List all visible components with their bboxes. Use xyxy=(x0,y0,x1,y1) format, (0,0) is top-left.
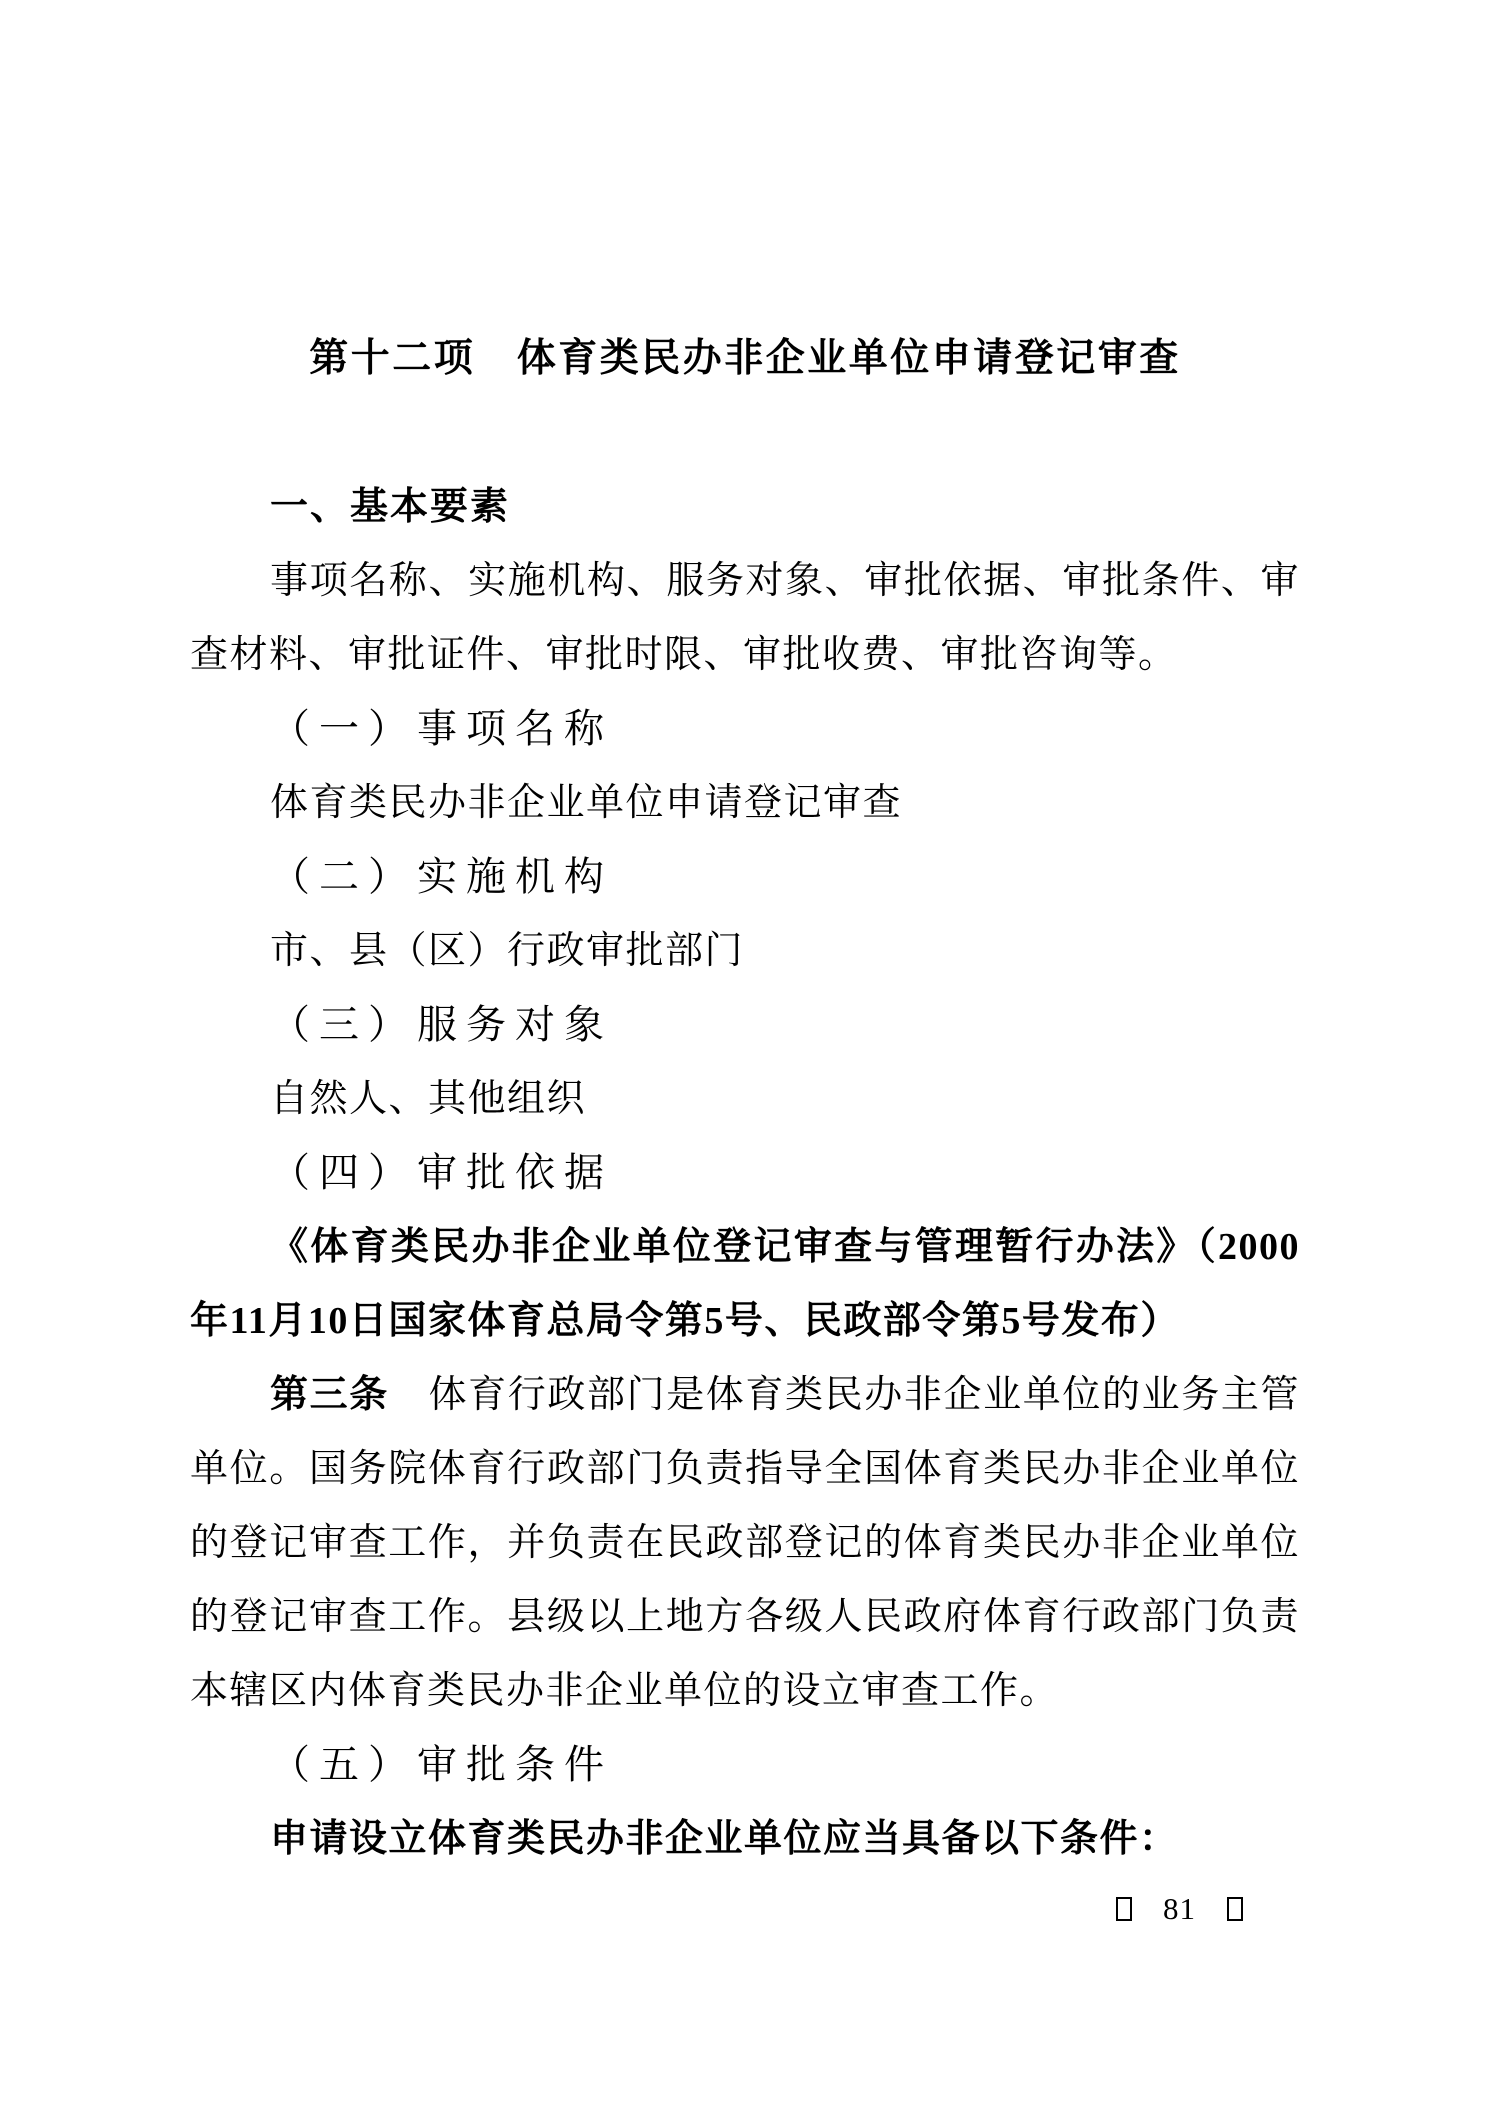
blank-line xyxy=(190,396,1300,470)
text-run: 体育行政部门是体育类民办非企业单位的业务主管 xyxy=(389,1374,1300,1416)
text-run: （二）实施机构 xyxy=(270,854,613,899)
subsection-heading-service-target: （三）服务对象 xyxy=(190,988,1300,1062)
body-line: 第三条 体育行政部门是体育类民办非企业单位的业务主管 xyxy=(190,1358,1300,1432)
text-run: 事项名称、实施机构、服务对象、审批依据、审批条件、审 xyxy=(270,560,1300,602)
body-line: 事项名称、实施机构、服务对象、审批依据、审批条件、审 xyxy=(190,544,1300,618)
text-run: 的登记审查工作。县级以上地方各级人民政府体育行政部门负责 xyxy=(190,1596,1300,1638)
text-run: 《体育类民办非企业单位登记审查与管理暂行办法》（2000 xyxy=(270,1226,1300,1268)
body-line: 市、县（区）行政审批部门 xyxy=(190,914,1300,988)
text-run: 市、县（区）行政审批部门 xyxy=(270,930,744,972)
text-run: 的登记审查工作，并负责在民政部登记的体育类民办非企业单位 xyxy=(190,1522,1300,1564)
text-run: 申请设立体育类民办非企业单位应当具备以下条件： xyxy=(270,1818,1179,1860)
text-run: 年11月10日国家体育总局令第5号、民政部令第5号发布） xyxy=(190,1300,1180,1342)
text-run: （四）审批依据 xyxy=(270,1150,613,1195)
text-run: （五）审批条件 xyxy=(270,1742,613,1787)
subsection-heading-approval-basis: （四）审批依据 xyxy=(190,1136,1300,1210)
page-number: 81 xyxy=(1163,1893,1196,1925)
body-line: 单位。国务院体育行政部门负责指导全国体育类民办非企业单位 xyxy=(190,1432,1300,1506)
body-line: 年11月10日国家体育总局令第5号、民政部令第5号发布） xyxy=(190,1284,1300,1358)
document-content: 第十二项 体育类民办非企业单位申请登记审查一、基本要素事项名称、实施机构、服务对… xyxy=(190,322,1300,1876)
body-line: 体育类民办非企业单位申请登记审查 xyxy=(190,766,1300,840)
body-line: 的登记审查工作，并负责在民政部登记的体育类民办非企业单位 xyxy=(190,1506,1300,1580)
document-title: 第十二项 体育类民办非企业单位申请登记审查 xyxy=(190,322,1300,396)
text-run: 一、基本要素 xyxy=(270,486,510,528)
subsection-heading-implementing-agency: （二）实施机构 xyxy=(190,840,1300,914)
text-run: 查材料、审批证件、审批时限、审批收费、审批咨询等。 xyxy=(190,634,1178,676)
body-line: 申请设立体育类民办非企业单位应当具备以下条件： xyxy=(190,1802,1300,1876)
section-heading-basic-elements: 一、基本要素 xyxy=(190,470,1300,544)
document-page: 第十二项 体育类民办非企业单位申请登记审查一、基本要素事项名称、实施机构、服务对… xyxy=(0,0,1487,2105)
missing-glyph-box xyxy=(1116,1897,1132,1921)
subsection-heading-approval-conditions: （五）审批条件 xyxy=(190,1728,1300,1802)
subsection-heading-item-name: （一）事项名称 xyxy=(190,692,1300,766)
page-footer: 81 xyxy=(1116,1893,1243,1925)
text-run: 单位。国务院体育行政部门负责指导全国体育类民办非企业单位 xyxy=(190,1448,1300,1490)
text-run: （一）事项名称 xyxy=(270,706,613,751)
body-line: 《体育类民办非企业单位登记审查与管理暂行办法》（2000 xyxy=(190,1210,1300,1284)
body-line: 的登记审查工作。县级以上地方各级人民政府体育行政部门负责 xyxy=(190,1580,1300,1654)
missing-glyph-box xyxy=(1227,1897,1243,1921)
body-line: 查材料、审批证件、审批时限、审批收费、审批咨询等。 xyxy=(190,618,1300,692)
text-run: 体育类民办非企业单位申请登记审查 xyxy=(270,782,902,824)
text-run: 本辖区内体育类民办非企业单位的设立审查工作。 xyxy=(190,1670,1059,1712)
body-line: 自然人、其他组织 xyxy=(190,1062,1300,1136)
body-line: 本辖区内体育类民办非企业单位的设立审查工作。 xyxy=(190,1654,1300,1728)
text-run: 自然人、其他组织 xyxy=(270,1078,586,1120)
text-run: （三）服务对象 xyxy=(270,1002,613,1047)
text-run: 第十二项 体育类民办非企业单位申请登记审查 xyxy=(309,337,1181,380)
text-run: 第三条 xyxy=(270,1374,389,1416)
